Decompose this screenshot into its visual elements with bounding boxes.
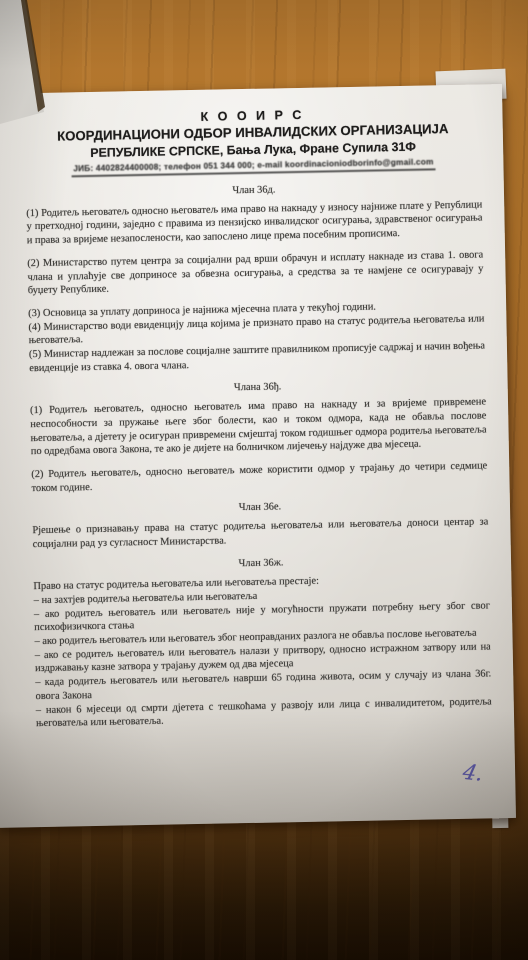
- article-36dj-section: Члана 36ђ. (1) Родитељ његоватељ, односн…: [30, 377, 488, 496]
- article-36dj-paragraph-1: (1) Родитељ његоватељ, односно његоватељ…: [30, 396, 487, 460]
- document-paper: К О О И Р С КООРДИНАЦИОНИ ОДБОР ИНВАЛИДС…: [0, 84, 516, 828]
- handwritten-page-number: 4.: [460, 760, 485, 786]
- article-36d-paragraph-1: (1) Родитељ његоватељ односно његоватељ …: [26, 198, 483, 248]
- article-36d-section: Члан 36д. (1) Родитељ његоватељ односно …: [26, 179, 486, 375]
- article-36z-section: Члан 36ж. Право на статус родитеља његов…: [33, 553, 492, 731]
- article-36e-paragraph-1: Рјешење о признавању права на статус род…: [32, 515, 488, 551]
- photo-scene: К О О И Р С КООРДИНАЦИОНИ ОДБОР ИНВАЛИДС…: [0, 0, 528, 960]
- article-36dj-paragraph-2: (2) Родитељ његоватељ, односно његоватељ…: [31, 459, 487, 495]
- article-36e-section: Члан 36е. Рјешење о признавању права на …: [32, 497, 489, 552]
- document-header: К О О И Р С КООРДИНАЦИОНИ ОДБОР ИНВАЛИДС…: [24, 104, 481, 178]
- article-36d-paragraph-2: (2) Министарство путем центра за социјал…: [27, 248, 484, 298]
- document-content: К О О И Р С КООРДИНАЦИОНИ ОДБОР ИНВАЛИДС…: [24, 104, 492, 731]
